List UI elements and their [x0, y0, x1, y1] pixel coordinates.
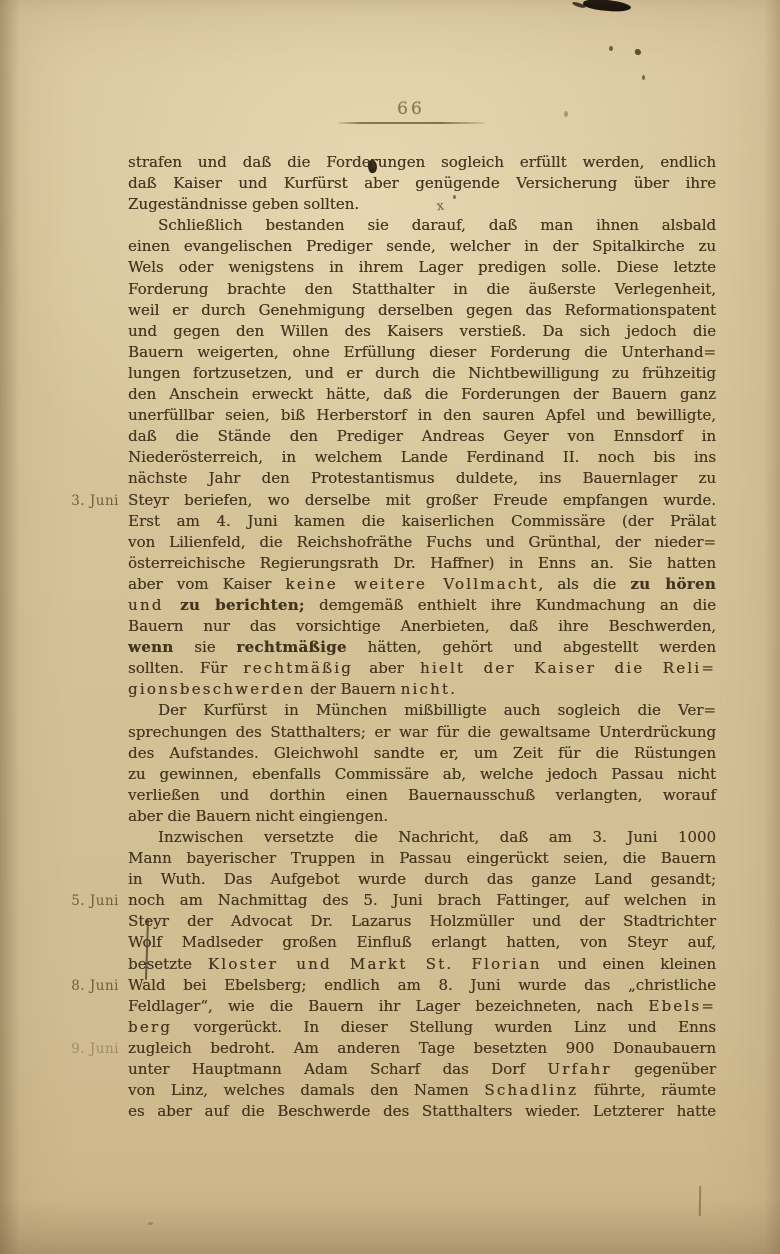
text-line: gionsbeschwerden der Bauern nicht. — [128, 679, 716, 700]
text-line: Der Kurfürst in München mißbilligte auch… — [128, 700, 716, 721]
text-line: nächste Jahr den Protestantismus duldete… — [128, 468, 716, 489]
page-number-rule — [338, 122, 484, 124]
text-segment: sprechungen des Statthalters; er war für… — [128, 723, 716, 741]
text-line: 5. Juninoch am Nachmittag des 5. Juni br… — [128, 890, 716, 911]
text-line: 8. JuniWald bei Ebelsberg; endlich am 8.… — [128, 975, 716, 996]
text-segment: österreichische Regierungsrath Dr. Haffn… — [128, 554, 716, 572]
text-segment: der Bauern — [305, 680, 400, 698]
text-segment: Bauern nur das vorsichtige Anerbieten, d… — [128, 617, 716, 635]
text-segment: gionsbeschwerden — [128, 680, 305, 698]
text-line: unerfüllbar seien, biß Herberstorf in de… — [128, 405, 716, 426]
text-segment: und gegen den Willen des Kaisers verstie… — [128, 322, 716, 340]
text-segment: Wolf Madlseder großen Einfluß erlangt ha… — [128, 933, 716, 951]
text-line: daß die Stände den Prediger Andreas Geye… — [128, 426, 716, 447]
text-segment: nächste Jahr den Protestantismus duldete… — [128, 469, 716, 487]
text-line: Bauern weigerten, ohne Erfüllung dieser … — [128, 342, 716, 363]
body-text: strafen und daß die Forderungen sogleich… — [128, 152, 716, 1122]
text-segment: des Aufstandes. Gleichwohl sandte er, um… — [128, 744, 716, 762]
text-segment: und — [128, 596, 180, 614]
text-segment: besetzte — [128, 955, 208, 973]
text-segment: verließen und dorthin einen Bauernaussch… — [128, 786, 716, 804]
text-segment: rechtmäßige — [236, 638, 346, 656]
text-segment: Feldlager“, wie die Bauern ihr Lager bez… — [128, 997, 648, 1015]
text-line: verließen und dorthin einen Bauernaussch… — [128, 785, 716, 806]
text-segment: sie — [173, 638, 236, 656]
text-segment: von Linz, welches damals den Namen — [128, 1081, 484, 1099]
paper-speck — [609, 46, 613, 51]
text-segment: führte, räumte — [578, 1081, 716, 1099]
margin-date: 8. Juni — [71, 976, 119, 997]
text-segment: daß die Stände den Prediger Andreas Geye… — [128, 427, 716, 445]
text-segment: wenn — [128, 638, 173, 656]
text-line: Wolf Madlseder großen Einfluß erlangt ha… — [128, 932, 716, 953]
text-segment: , als die — [538, 575, 630, 593]
text-segment: daß Kaiser und Kurfürst aber genügende V… — [128, 174, 716, 192]
text-line: von Lilienfeld, die Reichshofräthe Fuchs… — [128, 532, 716, 553]
text-segment: demgemäß enthielt ihre Kundmachung an di… — [305, 596, 716, 614]
text-segment: gegenüber — [612, 1060, 716, 1078]
text-segment: den Anschein erweckt hätte, daß die Ford… — [128, 385, 716, 403]
text-line: des Aufstandes. Gleichwohl sandte er, um… — [128, 743, 716, 764]
margin-date: 5. Juni — [71, 891, 119, 912]
text-segment: unter Hauptmann Adam Scharf das Dorf — [128, 1060, 547, 1078]
text-segment: Steyr der Advocat Dr. Lazarus Holzmüller… — [128, 912, 716, 930]
text-segment: weil er durch Genehmigung derselben gege… — [128, 301, 716, 319]
text-segment: Der Kurfürst in München mißbilligte auch… — [158, 701, 716, 719]
text-segment: Steyr beriefen, wo derselbe mit großer F… — [128, 491, 716, 509]
scratch-mark — [699, 1186, 701, 1216]
text-line: 3. JuniSteyr beriefen, wo derselbe mit g… — [128, 490, 716, 511]
text-line: Wels oder wenigstens in ihrem Lager pred… — [128, 257, 716, 278]
text-line: Niederösterreich, in welchem Lande Ferdi… — [128, 447, 716, 468]
text-segment: Zugeständnisse geben sollten. — [128, 195, 359, 213]
paper-speck — [635, 49, 641, 55]
text-line: sprechungen des Statthalters; er war für… — [128, 722, 716, 743]
ink-blot — [572, 1, 587, 9]
text-segment: Mann bayerischer Truppen in Passau einge… — [128, 849, 716, 867]
text-line: zu gewinnen, ebenfalls Commissäre ab, we… — [128, 764, 716, 785]
text-segment: aber vom Kaiser — [128, 575, 285, 593]
text-line: Bauern nur das vorsichtige Anerbieten, d… — [128, 616, 716, 637]
text-line: einen evangelischen Prediger sende, welc… — [128, 236, 716, 257]
text-line: von Linz, welches damals den Namen Schad… — [128, 1080, 716, 1101]
text-segment: es aber auf die Beschwerde des Statthalt… — [128, 1102, 716, 1120]
text-segment: Niederösterreich, in welchem Lande Ferdi… — [128, 448, 716, 466]
text-line: Schließlich bestanden sie darauf, daß ma… — [128, 215, 716, 236]
text-line: Inzwischen versetzte die Nachricht, daß … — [128, 827, 716, 848]
page-number: 66 — [333, 99, 489, 119]
text-segment: unerfüllbar seien, biß Herberstorf in de… — [128, 406, 716, 424]
ink-blot — [583, 0, 632, 14]
text-segment: hätten, gehört und abgestellt werden — [347, 638, 716, 656]
text-line: aber vom Kaiser keine weitere Vollmacht,… — [128, 574, 716, 595]
text-line: berg vorgerückt. In dieser Stellung wurd… — [128, 1017, 716, 1038]
text-segment: Bauern weigerten, ohne Erfüllung dieser … — [128, 343, 716, 361]
text-line: daß Kaiser und Kurfürst aber genügende V… — [128, 173, 716, 194]
text-segment: zu berichten; — [180, 596, 305, 614]
text-segment: Kloster und Markt St. Florian — [208, 955, 542, 973]
text-segment: keine weitere Vollmacht — [285, 575, 538, 593]
text-segment: aber — [353, 659, 420, 677]
text-line: Feldlager“, wie die Bauern ihr Lager bez… — [128, 996, 716, 1017]
text-segment: berg — [128, 1018, 172, 1036]
text-segment: vorgerückt. In dieser Stellung wurden Li… — [172, 1018, 716, 1036]
text-segment: sollten. Für — [128, 659, 243, 677]
text-line: aber die Bauern nicht eingiengen. — [128, 806, 716, 827]
margin-date: 9. Juni — [71, 1039, 119, 1060]
paper-speck — [642, 75, 645, 80]
text-segment: aber die Bauern nicht eingiengen. — [128, 807, 388, 825]
text-segment: lungen fortzusetzen, und er durch die Ni… — [128, 364, 716, 382]
text-segment: nicht. — [401, 680, 458, 698]
text-line: lungen fortzusetzen, und er durch die Ni… — [128, 363, 716, 384]
text-line: und gegen den Willen des Kaisers verstie… — [128, 321, 716, 342]
page-header: 66 — [333, 99, 489, 124]
paper-speck — [564, 111, 568, 117]
text-line: und zu berichten; demgemäß enthielt ihre… — [128, 595, 716, 616]
text-line: den Anschein erweckt hätte, daß die Ford… — [128, 384, 716, 405]
text-line: Erst am 4. Juni kamen die kaiserlichen C… — [128, 511, 716, 532]
paper-speck — [148, 1222, 153, 1225]
text-segment: Erst am 4. Juni kamen die kaiserlichen C… — [128, 512, 716, 530]
text-segment: in Wuth. Das Aufgebot wurde durch das ga… — [128, 870, 716, 888]
text-line: besetzte Kloster und Markt St. Florian u… — [128, 954, 716, 975]
text-segment: Inzwischen versetzte die Nachricht, daß … — [158, 828, 716, 846]
text-line: in Wuth. Das Aufgebot wurde durch das ga… — [128, 869, 716, 890]
text-segment: Wald bei Ebelsberg; endlich am 8. Juni w… — [128, 976, 716, 994]
text-segment: noch am Nachmittag des 5. Juni brach Fat… — [128, 891, 716, 909]
text-segment: Urfahr — [547, 1060, 611, 1078]
text-segment: Schließlich bestanden sie darauf, daß ma… — [158, 216, 716, 234]
text-segment: zu gewinnen, ebenfalls Commissäre ab, we… — [128, 765, 716, 783]
text-segment: Schadlinz — [484, 1081, 578, 1099]
text-line: Zugeständnisse geben sollten. — [128, 194, 716, 215]
text-line: Steyr der Advocat Dr. Lazarus Holzmüller… — [128, 911, 716, 932]
text-segment: Wels oder wenigstens in ihrem Lager pred… — [128, 258, 716, 276]
text-line: Mann bayerischer Truppen in Passau einge… — [128, 848, 716, 869]
text-line: österreichische Regierungsrath Dr. Haffn… — [128, 553, 716, 574]
text-segment: und einen kleinen — [542, 955, 716, 973]
text-segment: strafen und daß die Forderungen sogleich… — [128, 153, 716, 171]
margin-date: 3. Juni — [71, 491, 119, 512]
book-page-scan: 66 x strafen und daß die Forderungen sog… — [0, 0, 780, 1254]
text-segment: zu hören — [630, 575, 716, 593]
text-line: unter Hauptmann Adam Scharf das Dorf Urf… — [128, 1059, 716, 1080]
text-line: 9. Junizugleich bedroht. Am anderen Tage… — [128, 1038, 716, 1059]
text-segment: hielt der Kaiser die Reli= — [420, 659, 716, 677]
text-line: es aber auf die Beschwerde des Statthalt… — [128, 1101, 716, 1122]
text-segment: zugleich bedroht. Am anderen Tage besetz… — [128, 1039, 716, 1057]
text-segment: Ebels= — [648, 997, 716, 1015]
text-line: weil er durch Genehmigung derselben gege… — [128, 300, 716, 321]
text-line: strafen und daß die Forderungen sogleich… — [128, 152, 716, 173]
text-segment: rechtmäßig — [243, 659, 353, 677]
text-segment: Forderung brachte den Statthalter in die… — [128, 280, 716, 298]
text-segment: von Lilienfeld, die Reichshofräthe Fuchs… — [128, 533, 716, 551]
text-line: sollten. Für rechtmäßig aber hielt der K… — [128, 658, 716, 679]
text-segment: einen evangelischen Prediger sende, welc… — [128, 237, 716, 255]
text-line: wenn sie rechtmäßige hätten, gehört und … — [128, 637, 716, 658]
text-line: Forderung brachte den Statthalter in die… — [128, 279, 716, 300]
